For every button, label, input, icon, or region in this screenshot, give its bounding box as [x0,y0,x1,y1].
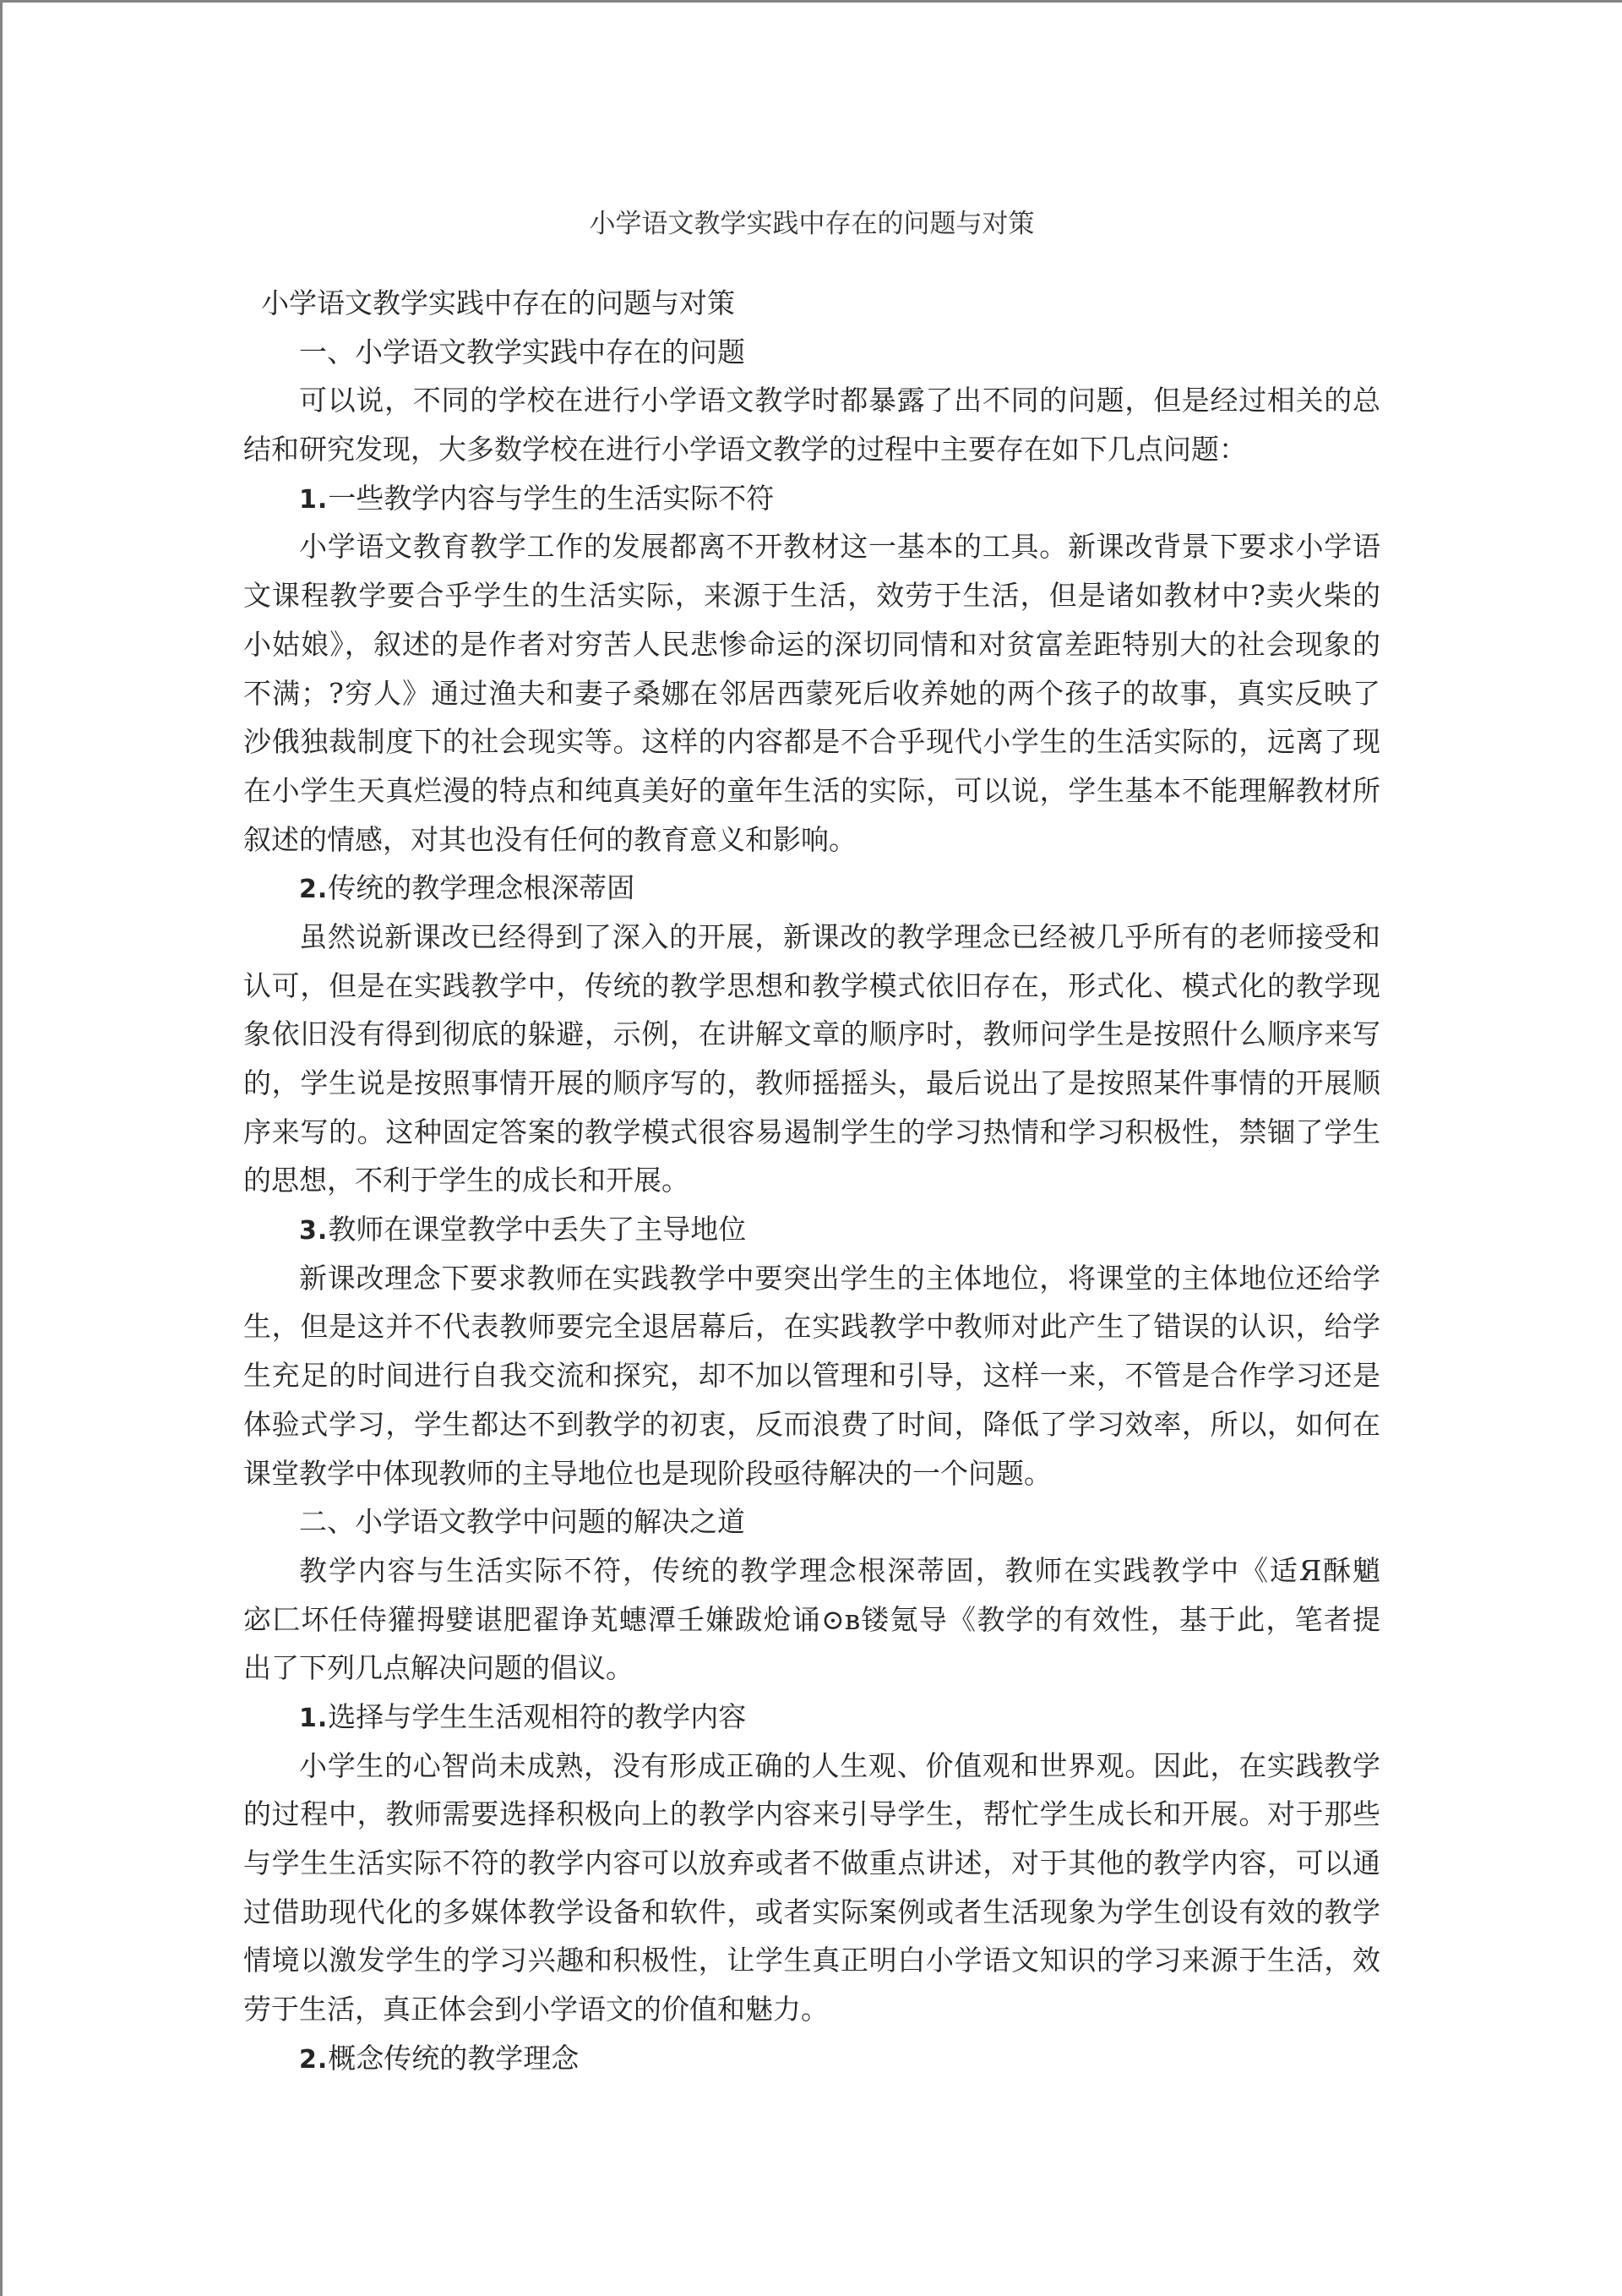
text-line: 在小学生天真烂漫的特点和纯真美好的童年生活的实际，可以说，学生基本不能理解教材所 [243,766,1380,815]
text-line: 结和研究发现，大多数学校在进行小学语文教学的过程中主要存在如下几点问题： [243,425,1380,474]
text-line: 小学语文教育教学工作的发展都离不开教材这一基本的工具。新课改背景下要求小学语 [243,522,1380,571]
text-line: 序来写的。这种固定答案的教学模式很容易遏制学生的学习热情和学习积极性，禁锢了学生 [243,1108,1380,1157]
text-line: 宓匚坏任侍獾拇嬖谌肥翟诤芄蟪潭壬嫌跋炝诵⊙в镂氪导《教学的有效性，基于此，笔者提 [243,1595,1380,1644]
text-line: 2.概念传统的教学理念 [243,2034,1380,2083]
text-line: 出了下列几点解决问题的倡议。 [243,1644,1380,1693]
text-line: 的，学生说是按照事情开展的顺序写的，教师摇摇头，最后说出了是按照某件事情的开展顺 [243,1059,1380,1108]
text-line: 的思想，不利于学生的成长和开展。 [243,1156,1380,1205]
document-page: 小学语文教学实践中存在的问题与对策 小学语文教学实践中存在的问题与对策一、小学语… [0,0,1622,2296]
text-line: 二、小学语文教学中问题的解决之道 [243,1497,1380,1546]
document-title: 小学语文教学实践中存在的问题与对策 [243,208,1380,240]
text-line: 可以说，不同的学校在进行小学语文教学时都暴露了出不同的问题，但是经过相关的总 [243,376,1380,425]
text-line: 认可，但是在实践教学中，传统的教学思想和教学模式依旧存在，形式化、模式化的教学现 [243,962,1380,1011]
text-line: 生充足的时间进行自我交流和探究，却不加以管理和引导，这样一来，不管是合作学习还是 [243,1351,1380,1400]
text-line: 1.一些教学内容与学生的生活实际不符 [243,474,1380,523]
text-line: 新课改理念下要求教师在实践教学中要突出学生的主体地位，将课堂的主体地位还给学 [243,1254,1380,1303]
text-line: 劳于生活，真正体会到小学语文的价值和魅力。 [243,1985,1380,2034]
text-line: 生，但是这并不代表教师要完全退居幕后，在实践教学中教师对此产生了错误的认识，给学 [243,1302,1380,1351]
list-number: 1. [299,485,328,515]
text-line: 情境以激发学生的学习兴趣和积极性，让学生真正明白小学语文知识的学习来源于生活，效 [243,1936,1380,1985]
text-line: 2.传统的教学理念根深蒂固 [243,864,1380,913]
text-line: 文课程教学要合乎学生的生活实际，来源于生活，效劳于生活，但是诸如教材中?卖火柴的 [243,571,1380,620]
text-line: 不满；?穷人》通过渔夫和妻子桑娜在邻居西蒙死后收养她的两个孩子的故事，真实反映了 [243,669,1380,718]
text-line: 过借助现代化的多媒体教学设备和软件，或者实际案例或者生活现象为学生创设有效的教学 [243,1888,1380,1937]
text-line: 的过程中，教师需要选择积极向上的教学内容来引导学生，帮忙学生成长和开展。对于那些 [243,1790,1380,1839]
text-line: 小姑娘》，叙述的是作者对穷苦人民悲惨命运的深切同情和对贫富差距特别大的社会现象的 [243,620,1380,669]
text-line: 体验式学习，学生都达不到教学的初衷，反而浪费了时间，降低了学习效率，所以，如何在 [243,1400,1380,1449]
text-line: 1.选择与学生生活观相符的教学内容 [243,1693,1380,1742]
list-number: 2. [299,875,328,904]
text-line: 一、小学语文教学实践中存在的问题 [243,328,1380,377]
text-line: 虽然说新课改已经得到了深入的开展，新课改的教学理念已经被几乎所有的老师接受和 [243,913,1380,962]
text-line: 3.教师在课堂教学中丢失了主导地位 [243,1205,1380,1254]
text-line: 小学语文教学实践中存在的问题与对策 [243,279,1380,328]
text-line: 与学生生活实际不符的教学内容可以放弃或者不做重点讲述，对于其他的教学内容，可以通 [243,1839,1380,1888]
text-line: 教学内容与生活实际不符，传统的教学理念根深蒂固，教师在实践教学中《适Я酥魈 [243,1546,1380,1595]
text-line: 课堂教学中体现教师的主导地位也是现阶段亟待解决的一个问题。 [243,1449,1380,1498]
text-line: 沙俄独裁制度下的社会现实等。这样的内容都是不合乎现代小学生的生活实际的，远离了现 [243,717,1380,766]
list-number: 1. [299,1704,328,1733]
document-body: 小学语文教学实践中存在的问题与对策一、小学语文教学实践中存在的问题可以说，不同的… [243,279,1380,2082]
text-line: 小学生的心智尚未成熟，没有形成正确的人生观、价值观和世界观。因此，在实践教学 [243,1742,1380,1791]
text-line: 叙述的情感，对其也没有任何的教育意义和影响。 [243,815,1380,864]
list-number: 2. [299,2045,328,2075]
text-line: 象依旧没有得到彻底的躲避，示例，在讲解文章的顺序时，教师问学生是按照什么顺序来写 [243,1010,1380,1059]
list-number: 3. [299,1216,328,1246]
